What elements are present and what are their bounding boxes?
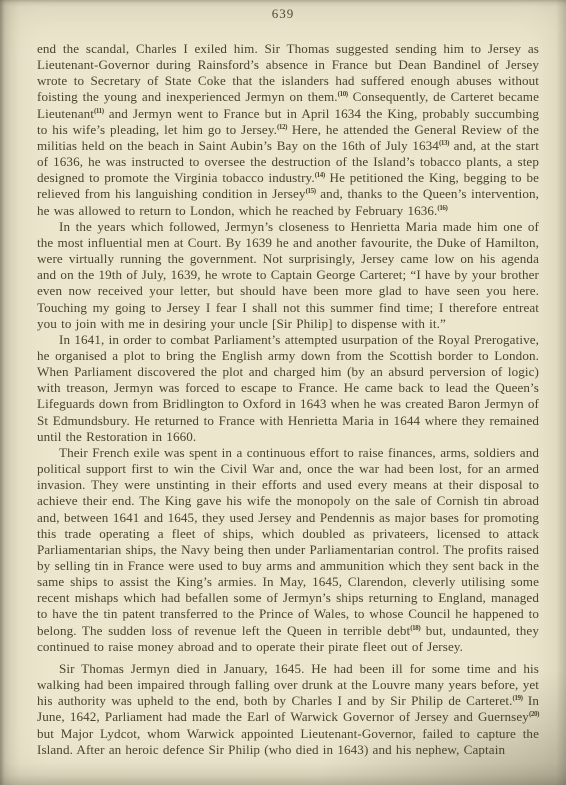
page-number: 639 — [0, 6, 566, 22]
footnote-marker: (11) — [94, 107, 104, 115]
page-right-edge-shadow — [556, 0, 566, 785]
footnote-marker: (20) — [529, 710, 539, 718]
footnote-marker: (13) — [439, 139, 449, 147]
page-left-edge-shadow — [0, 0, 20, 785]
footnote-marker: (12) — [277, 123, 287, 131]
paragraph: end the scandal, Charles I exiled him. S… — [37, 41, 539, 219]
paragraph: In 1641, in order to combat Parliament’s… — [37, 332, 539, 445]
scanned-book-page: 639 end the scandal, Charles I exiled hi… — [0, 0, 566, 785]
page-bottom-edge-shadow — [0, 763, 566, 785]
footnote-marker: (10) — [338, 90, 348, 98]
footnote-marker: (16) — [437, 204, 447, 212]
page-body: end the scandal, Charles I exiled him. S… — [37, 41, 539, 758]
footnote-marker: (19) — [513, 694, 523, 702]
paragraph: Their French exile was spent in a contin… — [37, 445, 539, 655]
footnote-marker: (18) — [410, 624, 420, 632]
footnote-marker: (14) — [315, 171, 325, 179]
paragraph: In the years which followed, Jermyn’s cl… — [37, 219, 539, 332]
paragraph: Sir Thomas Jermyn died in January, 1645.… — [37, 661, 539, 758]
footnote-marker: (15) — [306, 187, 316, 195]
